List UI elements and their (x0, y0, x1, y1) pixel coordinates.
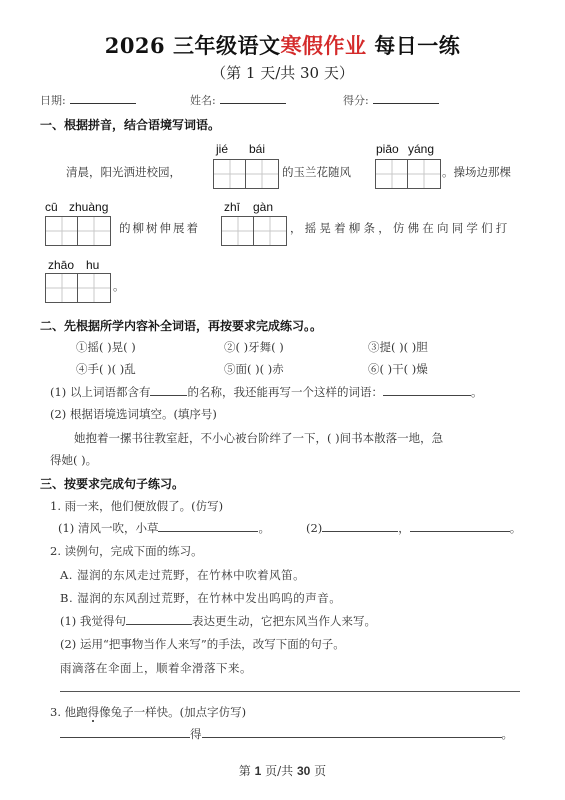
s3-q2-1-b: 表达更生动，它把东风当作人来写。 (192, 614, 376, 628)
s3-q3-fill: 得。 (60, 726, 513, 742)
idiom-5[interactable]: ⑤面( )( )赤 (224, 361, 284, 377)
s1-text-b: 的玉兰花随风 (282, 164, 351, 180)
s3-q1-1-end: 。 (258, 521, 270, 535)
page-footer: 第 1 页/共 30 页 (0, 762, 565, 779)
date-input-line[interactable] (70, 94, 136, 104)
s3-q3-blank2[interactable] (202, 726, 502, 738)
s3-q1-1: (1) 清风一吹，小草。 (58, 520, 270, 536)
s1-text-d: 的柳树伸展着 (119, 220, 200, 236)
page-subtitle: （第 1 天/共 30 天） (0, 62, 565, 83)
footer-total-pages: 30 (297, 764, 310, 778)
s3-q1-2-mid: ， (398, 521, 410, 535)
name-input-line[interactable] (220, 94, 286, 104)
s2-q2-text-a[interactable]: 她抱着一摞书往教室赶，不小心被台阶绊了一下，( )间书本散落一地，急 (74, 430, 443, 446)
char-grid-cuzhuang[interactable] (45, 216, 111, 246)
s3-q2-answer-line[interactable] (60, 691, 520, 692)
s3-q3: 3. 他跑得像兔子一样快。(加点字仿写) (50, 704, 246, 720)
pinyin-cu: cū (45, 200, 58, 214)
idiom-3[interactable]: ③提( )( )胆 (368, 339, 428, 355)
idiom-1[interactable]: ①摇( )晃( ) (76, 339, 136, 355)
title-prefix: 2026 三年级语文 (105, 33, 281, 58)
char-grid-zhigan[interactable] (221, 216, 287, 246)
s3-q1-2-blank2[interactable] (410, 520, 510, 532)
char-cell[interactable] (222, 217, 254, 245)
name-field: 姓名: (190, 92, 286, 108)
s3-q3-b: 像兔子一样快。(加点字仿写) (99, 705, 246, 719)
pinyin-zhuang: zhuàng (69, 200, 108, 214)
s2-q1-a: (1) 以上词语都含有 (50, 385, 150, 399)
section1-heading: 一、根据拼音，结合语境写词语。 (40, 116, 220, 133)
s3-q2-2: (2) 运用“把事物当作人来写”的手法，改写下面的句子。 (60, 636, 345, 652)
section3-heading: 三、按要求完成句子练习。 (40, 475, 184, 492)
footer-mid: 页/共 (261, 764, 297, 778)
s3-q3-fill-end: 。 (502, 727, 514, 741)
char-grid-zhaohu[interactable] (45, 273, 111, 303)
pinyin-hu: hu (86, 258, 99, 272)
example-b: B. 湿润的东风刮过荒野，在竹林中发出呜呜的声音。 (60, 590, 341, 606)
pinyin-zhao: zhāo (48, 258, 74, 272)
s3-q3-fill-mid: 得 (190, 727, 202, 741)
s3-q1-1-blank[interactable] (158, 520, 258, 532)
idiom-2[interactable]: ②( )牙舞( ) (224, 339, 284, 355)
s1-text-f: 。 (113, 278, 125, 294)
char-cell[interactable] (246, 160, 278, 188)
score-input-line[interactable] (373, 94, 439, 104)
name-label: 姓名: (190, 94, 216, 107)
s1-text-e: ，摇晃着柳条，仿佛在向同学们打 (290, 220, 511, 236)
s2-q1-b: 的名称，我还能再写一个这样的词语： (187, 385, 383, 399)
s1-text-a: 清晨，阳光洒进校园， (66, 164, 181, 180)
char-cell[interactable] (376, 160, 408, 188)
char-cell[interactable] (214, 160, 246, 188)
s3-q1-2-a: (2) (306, 521, 322, 535)
char-cell[interactable] (254, 217, 286, 245)
s3-q1: 1. 雨一来，他们便放假了。(仿写) (50, 498, 223, 514)
pinyin-piao: piāo (376, 142, 399, 156)
title-suffix: 每日一练 (366, 33, 460, 58)
char-cell[interactable] (46, 274, 78, 302)
page-title: 2026 三年级语文寒假作业 每日一练 (0, 30, 565, 60)
score-label: 得分: (343, 94, 369, 107)
s3-q3-a: 3. 他跑 (50, 705, 88, 719)
s2-q2-text-b[interactable]: 得她( )。 (50, 452, 97, 468)
s3-q1-2: (2)，。 (306, 520, 521, 536)
char-cell[interactable] (408, 160, 440, 188)
s2-q1-end: 。 (471, 385, 483, 399)
s3-q2-1-a: (1) 我觉得句 (60, 614, 126, 628)
char-grid-jiebai[interactable] (213, 159, 279, 189)
footer-prefix: 第 (239, 764, 255, 778)
s1-text-c: 。操场边那棵 (442, 164, 511, 180)
s3-q1-2-blank1[interactable] (322, 520, 398, 532)
example-a: A. 湿润的东风走过荒野，在竹林中吹着风笛。 (60, 567, 305, 583)
pinyin-yang: yáng (408, 142, 434, 156)
char-cell[interactable] (46, 217, 78, 245)
s3-q2: 2. 读例句，完成下面的练习。 (50, 543, 203, 559)
s3-q3-blank1[interactable] (60, 726, 190, 738)
s2-q2: (2) 根据语境选词填空。(填序号) (50, 406, 217, 422)
pinyin-zhi: zhī (224, 200, 240, 214)
char-grid-piaoyang[interactable] (375, 159, 441, 189)
footer-suffix: 页 (310, 764, 326, 778)
s3-q2-sentence: 雨滴落在伞面上，顺着伞滑落下来。 (60, 660, 252, 676)
char-cell[interactable] (78, 217, 110, 245)
date-field: 日期: (40, 92, 136, 108)
idiom-6[interactable]: ⑥( )干( )燥 (368, 361, 428, 377)
pinyin-jie: jié (216, 142, 228, 156)
idiom-4[interactable]: ④手( )( )乱 (76, 361, 136, 377)
s3-q2-1-blank[interactable] (126, 613, 192, 625)
pinyin-bai: bái (249, 142, 265, 156)
s3-q1-2-end: 。 (510, 521, 522, 535)
s3-q3-dotted-char: 得 (88, 705, 100, 719)
score-field: 得分: (343, 92, 439, 108)
char-cell[interactable] (78, 274, 110, 302)
title-highlight: 寒假作业 (280, 33, 366, 58)
date-label: 日期: (40, 94, 66, 107)
section2-heading: 二、先根据所学内容补全词语，再按要求完成练习。。 (40, 317, 322, 334)
s2-q1-blank2[interactable] (383, 384, 471, 396)
s3-q1-1-a: (1) 清风一吹，小草 (58, 521, 158, 535)
s2-q1: (1) 以上词语都含有的名称，我还能再写一个这样的词语：。 (50, 384, 482, 400)
pinyin-gan: gàn (253, 200, 273, 214)
s2-q1-blank1[interactable] (150, 384, 187, 396)
s3-q2-1: (1) 我觉得句表达更生动，它把东风当作人来写。 (60, 613, 376, 629)
